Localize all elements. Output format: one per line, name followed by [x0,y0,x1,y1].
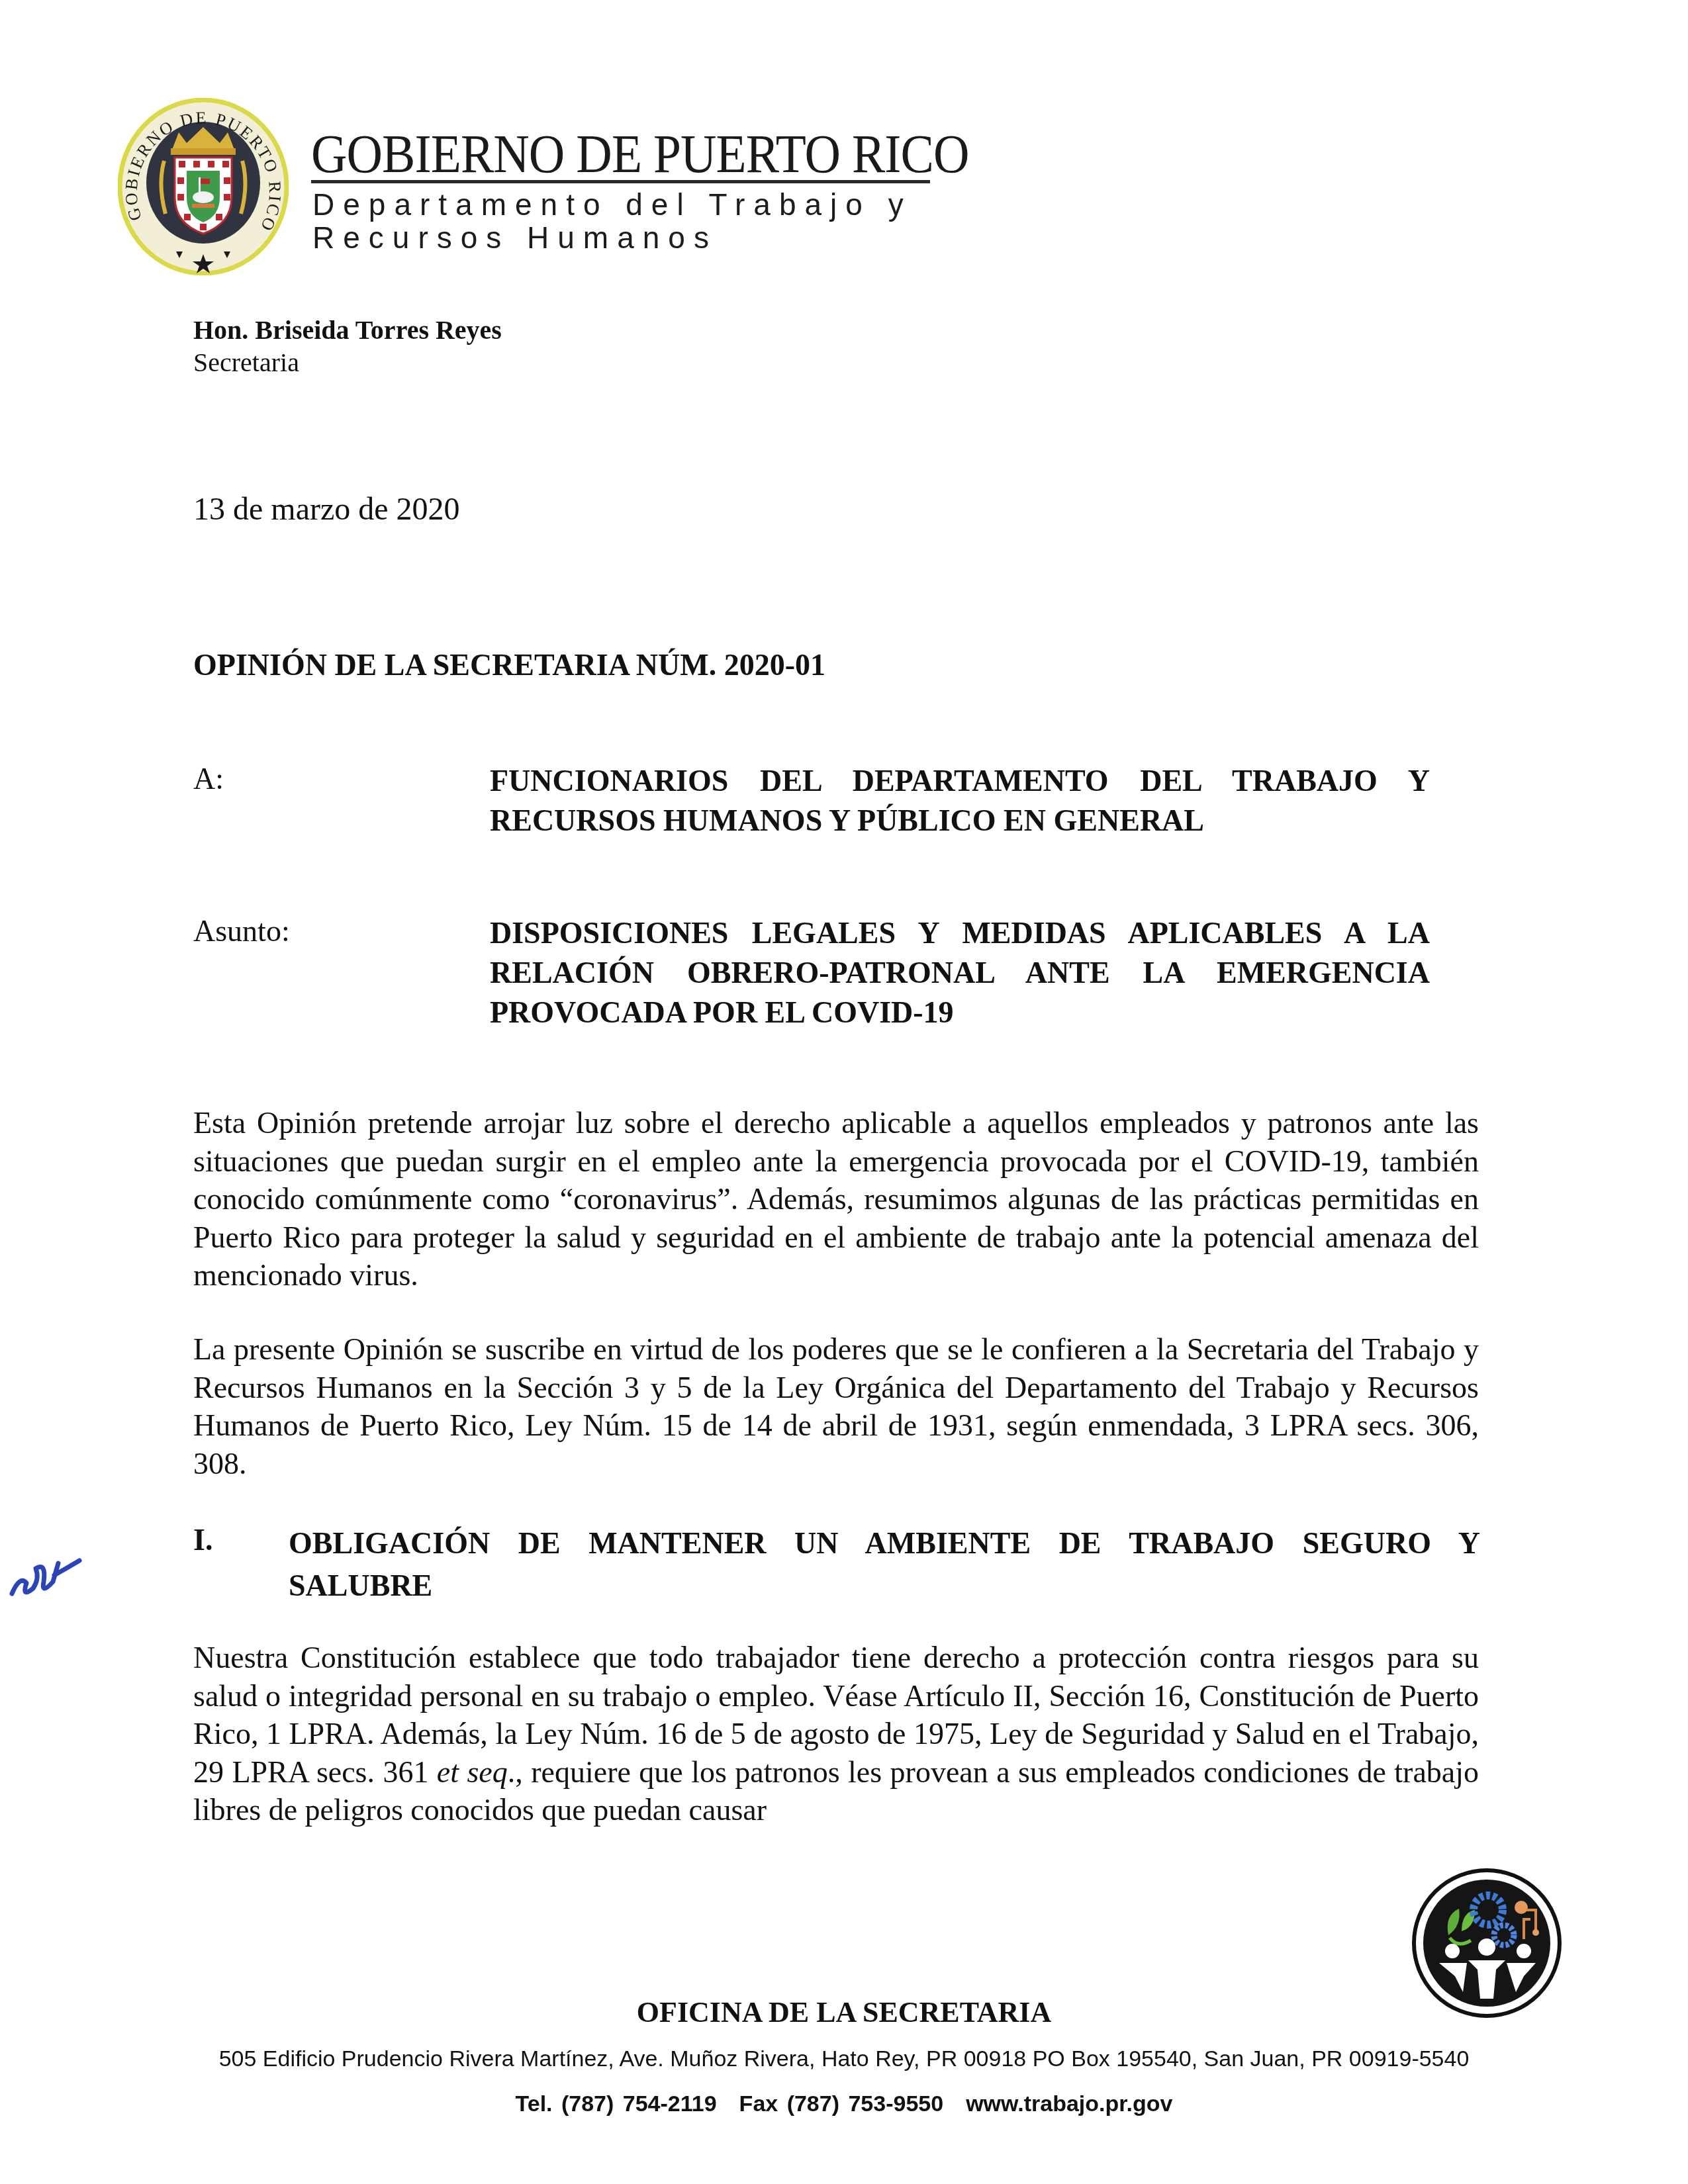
subject-label: Asunto: [193,913,290,948]
subject-value: DISPOSICIONES LEGALES Y MEDIDAS APLICABL… [490,913,1430,1032]
section-heading-line: OBLIGACIÓN DE MANTENER UN AMBIENTE DE TR… [289,1522,1480,1565]
section-number: I. [193,1522,212,1557]
body-paragraph-intro: Esta Opinión pretende arrojar luz sobre … [193,1104,1479,1295]
department-name-line-1: Departamento del Trabajo y [312,187,912,222]
office-address: 505 Edificio Prudencio Rivera Martínez, … [0,2046,1688,2072]
subject-line: PROVOCADA POR EL COVID-19 [490,993,1430,1032]
handwritten-initials-icon [7,1542,86,1608]
signatory-name: Hon. Briseida Torres Reyes [193,314,502,345]
subject-line: RELACIÓN OBRERO-PATRONAL ANTE LA EMERGEN… [490,953,1430,993]
to-recipients: FUNCIONARIOS DEL DEPARTAMENTO DEL TRABAJ… [490,761,1430,841]
letter-date: 13 de marzo de 2020 [193,491,460,527]
section-heading: OBLIGACIÓN DE MANTENER UN AMBIENTE DE TR… [289,1522,1480,1607]
opinion-title: OPINIÓN DE LA SECRETARIA NÚM. 2020-01 [193,647,825,682]
office-fax: Fax (787) 753-9550 [739,2091,944,2116]
office-contact: Tel. (787) 754-2119Fax (787) 753-9550www… [0,2091,1688,2117]
to-line: FUNCIONARIOS DEL DEPARTAMENTO DEL TRABAJ… [490,761,1430,801]
letterhead-divider [311,180,930,183]
body-paragraph-authority: La presente Opinión se suscribe en virtu… [193,1330,1479,1482]
subject-line: DISPOSICIONES LEGALES Y MEDIDAS APLICABL… [490,913,1430,953]
puerto-rico-seal-icon: GOBIERNO DE PUERTO RICO [118,98,289,275]
office-name: OFICINA DE LA SECRETARIA [0,1995,1688,2029]
signatory-title: Secretaria [193,347,299,378]
government-title: GOBIERNO DE PUERTO RICO [311,123,968,185]
to-label: A: [193,761,224,796]
office-phone: Tel. (787) 754-2119 [515,2091,716,2116]
section-heading-line: SALUBRE [289,1565,1480,1607]
latin-citation: et seq [437,1755,508,1789]
department-name-line-2: Recursos Humanos [312,220,718,255]
body-paragraph-constitution: Nuestra Constitución establece que todo … [193,1639,1479,1829]
to-line: RECURSOS HUMANOS Y PÚBLICO EN GENERAL [490,801,1430,841]
office-website-link[interactable]: www.trabajo.pr.gov [966,2091,1172,2116]
